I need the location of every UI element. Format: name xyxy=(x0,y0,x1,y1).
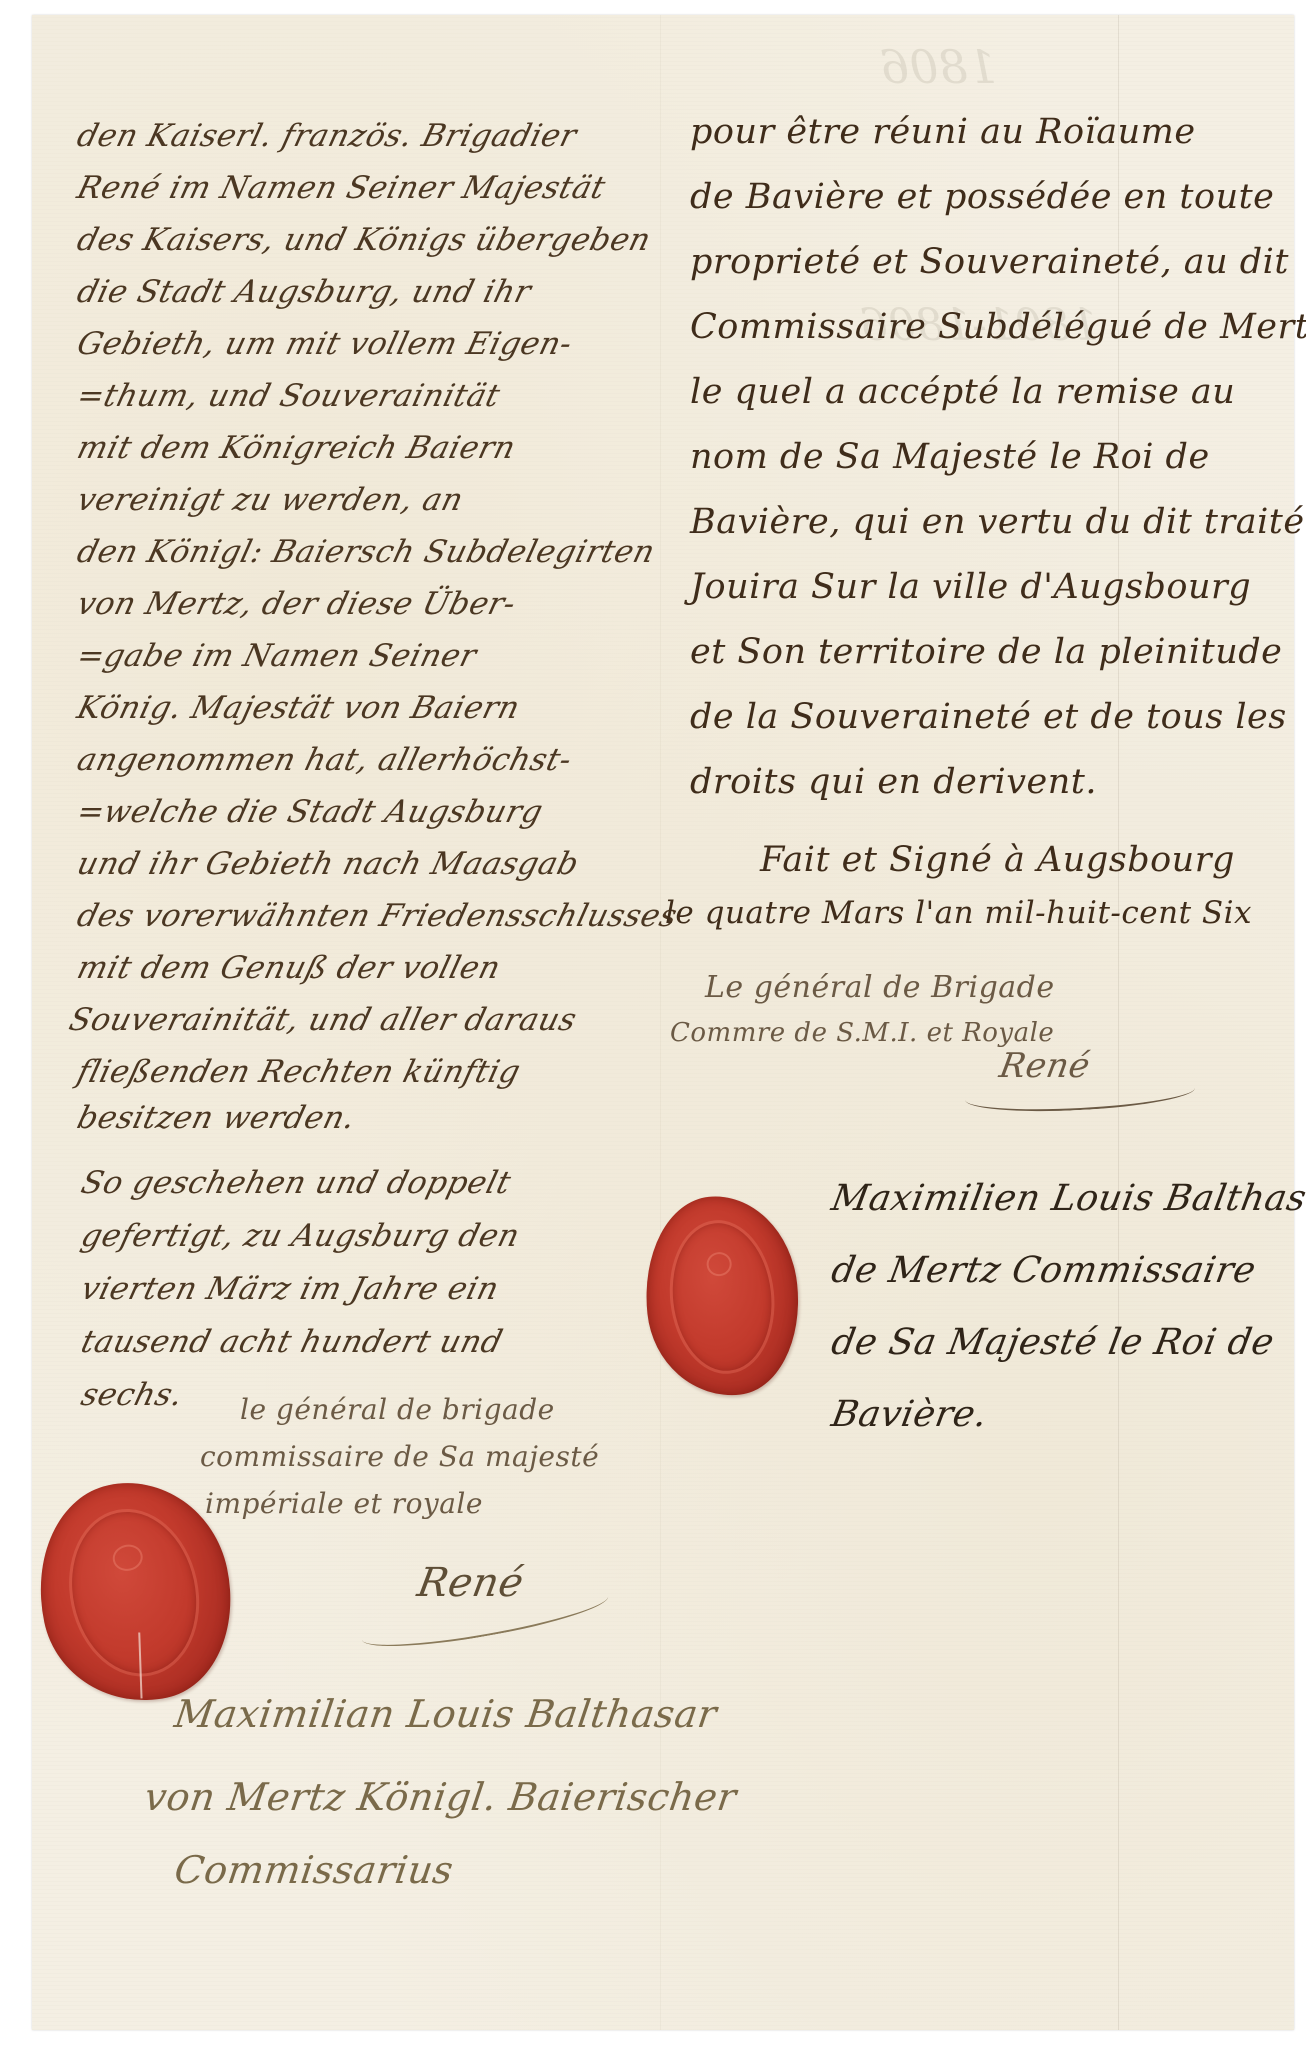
mertz-fr-line-4: Bavière. xyxy=(828,1394,990,1435)
de-line-19: fließenden Rechten künftig xyxy=(74,1054,525,1090)
rene-title-line-2: commissaire de Sa majesté xyxy=(200,1440,599,1473)
rene-title-line-1: le général de brigade xyxy=(240,1393,555,1426)
fr-closing-2: le quatre Mars l'an mil-huit-cent Six xyxy=(665,895,1252,931)
de-line-13: angenommen hat, allerhöchst- xyxy=(74,742,576,778)
fr-line-5: le quel a accépté la remise au xyxy=(690,372,1235,412)
de-line-16: des vorerwähnten Friedensschlusses xyxy=(74,898,682,934)
de-closing-4: tausend acht hundert und xyxy=(78,1324,507,1360)
fr-line-4: Commissaire Subdélégué de Mertz xyxy=(690,307,1306,347)
de-line-11: =gabe im Namen Seiner xyxy=(74,638,481,674)
fr-closing-1: Fait et Signé à Augsbourg xyxy=(760,840,1235,880)
de-line-14: =welche die Stadt Augsburg xyxy=(74,794,547,830)
fr-line-6: nom de Sa Majesté le Roi de xyxy=(690,437,1210,477)
fr-line-7: Bavière, qui en vertu du dit traité xyxy=(690,502,1305,542)
de-line-18: Souverainität, und aller daraus xyxy=(66,1002,581,1038)
fr-line-2: de Bavière et possédée en toute xyxy=(690,177,1274,217)
show-through-year: 1806 xyxy=(880,40,997,94)
mertz-fr-line-3: de Sa Majesté le Roi de xyxy=(828,1322,1277,1363)
rene-fr-title-2: Commre de S.M.I. et Royale xyxy=(670,1018,1054,1048)
fr-line-1: pour être réuni au Roïaume xyxy=(690,112,1196,152)
rene-fr-title-1: Le général de Brigade xyxy=(705,970,1055,1005)
seal-impression xyxy=(663,1215,782,1379)
de-line-8: vereinigt zu werden, an xyxy=(74,482,468,518)
fr-line-3: proprieté et Souveraineté, au dit xyxy=(690,242,1289,282)
de-line-1: den Kaiserl. französ. Brigadier xyxy=(74,118,581,154)
seal-impression xyxy=(54,1497,214,1689)
de-closing-5: sechs. xyxy=(78,1377,187,1413)
fr-line-9: et Son territoire de la pleinitude xyxy=(690,632,1282,672)
mertz-fr-line-2: de Mertz Commissaire xyxy=(828,1250,1259,1291)
de-line-5: Gebieth, um mit vollem Eigen- xyxy=(74,326,576,362)
de-line-3: des Kaisers, und Königs übergeben xyxy=(74,222,655,258)
de-line-4: die Stadt Augsburg, und ihr xyxy=(74,274,535,310)
fr-line-11: droits qui en derivent. xyxy=(690,762,1097,802)
de-line-20: besitzen werden. xyxy=(74,1100,360,1136)
mertz-de-line-1: Maximilian Louis Balthasar xyxy=(172,1692,720,1736)
de-closing-2: gefertigt, zu Augsburg den xyxy=(78,1218,524,1254)
de-line-10: von Mertz, der diese Über- xyxy=(74,586,520,622)
de-line-15: und ihr Gebieth nach Maasgab xyxy=(74,846,583,882)
de-line-17: mit dem Genuß der vollen xyxy=(74,950,505,986)
de-line-7: mit dem Königreich Baiern xyxy=(74,430,520,466)
de-line-2: René im Namen Seiner Majestät xyxy=(74,170,610,206)
fr-line-8: Jouira Sur la ville d'Augsbourg xyxy=(690,567,1251,607)
de-closing-1: So geschehen und doppelt xyxy=(78,1165,515,1201)
rene-title-line-3: impériale et royale xyxy=(205,1487,483,1520)
fr-line-10: de la Souveraineté et de tous les xyxy=(690,697,1287,737)
de-closing-3: vierten März im Jahre ein xyxy=(78,1271,503,1307)
de-line-6: =thum, und Souverainität xyxy=(74,378,504,414)
de-line-12: König. Majestät von Baiern xyxy=(74,690,524,726)
mertz-fr-line-1: Maximilien Louis Balthasar xyxy=(828,1178,1306,1219)
de-line-9: den Königl: Baiersch Subdelegirten xyxy=(74,534,659,570)
mertz-de-line-2: von Mertz Königl. Baierischer xyxy=(142,1775,739,1819)
mertz-de-line-3: Commissarius xyxy=(172,1848,456,1892)
